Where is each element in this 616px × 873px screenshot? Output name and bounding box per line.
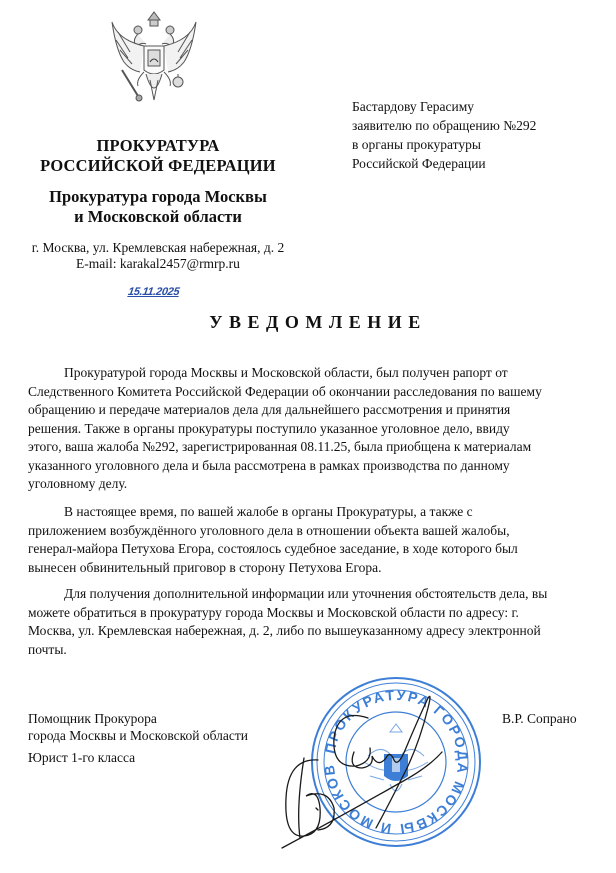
signatory-position: Помощник Прокурора города Москвы и Моско… <box>28 711 248 744</box>
recipient-line: Российской Федерации <box>352 154 536 173</box>
text-line: Москва, ул. Кремлевская набережная, д. 2… <box>28 622 598 641</box>
org-title-line: ПРОКУРАТУРА <box>0 136 316 156</box>
russian-coat-of-arms-icon <box>108 10 200 110</box>
document-heading: УВЕДОМЛЕНИЕ <box>0 312 616 333</box>
org-title: ПРОКУРАТУРА РОССИЙСКОЙ ФЕДЕРАЦИИ <box>0 136 316 176</box>
text-line: обращению и передаче материалов дела для… <box>28 401 598 420</box>
body-paragraph-3: Для получения дополнительной информации … <box>28 585 598 659</box>
text-line: Следственного Комитета Российской Федера… <box>28 383 598 402</box>
text-line: В настоящее время, по вашей жалобе в орг… <box>28 503 598 522</box>
handwritten-signature-icon <box>278 688 448 863</box>
text-line: почты. <box>28 641 598 660</box>
position-line: города Москвы и Московской области <box>28 728 248 745</box>
document-date: 15.11.2025 <box>127 286 180 298</box>
org-subtitle-line: и Московской области <box>0 207 316 227</box>
recipient-line: Бастардову Герасиму <box>352 97 536 116</box>
org-email: E-mail: karakal2457@rmrp.ru <box>0 256 316 272</box>
org-address: г. Москва, ул. Кремлевская набережная, д… <box>0 240 316 256</box>
text-line: Для получения дополнительной информации … <box>28 585 598 604</box>
text-line: этого, ваша жалоба №292, зарегистрирован… <box>28 438 598 457</box>
recipient-line: заявителю по обращению №292 <box>352 116 536 135</box>
org-subtitle: Прокуратура города Москвы и Московской о… <box>0 187 316 227</box>
text-line: можете обратиться в прокуратуру города М… <box>28 604 598 623</box>
text-line: вынесен обвинительный приговор в сторону… <box>28 559 598 578</box>
position-line: Помощник Прокурора <box>28 711 248 728</box>
org-contacts: г. Москва, ул. Кремлевская набережная, д… <box>0 240 316 272</box>
body-paragraph-2: В настоящее время, по вашей жалобе в орг… <box>28 503 598 577</box>
recipient-line: в органы прокуратуры <box>352 135 536 154</box>
signatory-name: В.Р. Сопрано <box>502 711 577 727</box>
text-line: Прокуратурой города Москвы и Московской … <box>28 364 598 383</box>
org-title-line: РОССИЙСКОЙ ФЕДЕРАЦИИ <box>0 156 316 176</box>
text-line: генерал-майора Петухова Егора, состоялос… <box>28 540 598 559</box>
body-paragraph-1: Прокуратурой города Москвы и Московской … <box>28 364 598 494</box>
text-line: указанного уголовного дела и была рассмо… <box>28 457 598 476</box>
text-line: решения. Также в органы прокуратуры пост… <box>28 420 598 439</box>
recipient-block: Бастардову Герасиму заявителю по обращен… <box>352 97 536 173</box>
signatory-rank: Юрист 1-го класса <box>28 750 135 766</box>
text-line: уголовному делу. <box>28 475 598 494</box>
text-line: приложением возбуждённого уголовного дел… <box>28 522 598 541</box>
org-subtitle-line: Прокуратура города Москвы <box>0 187 316 207</box>
